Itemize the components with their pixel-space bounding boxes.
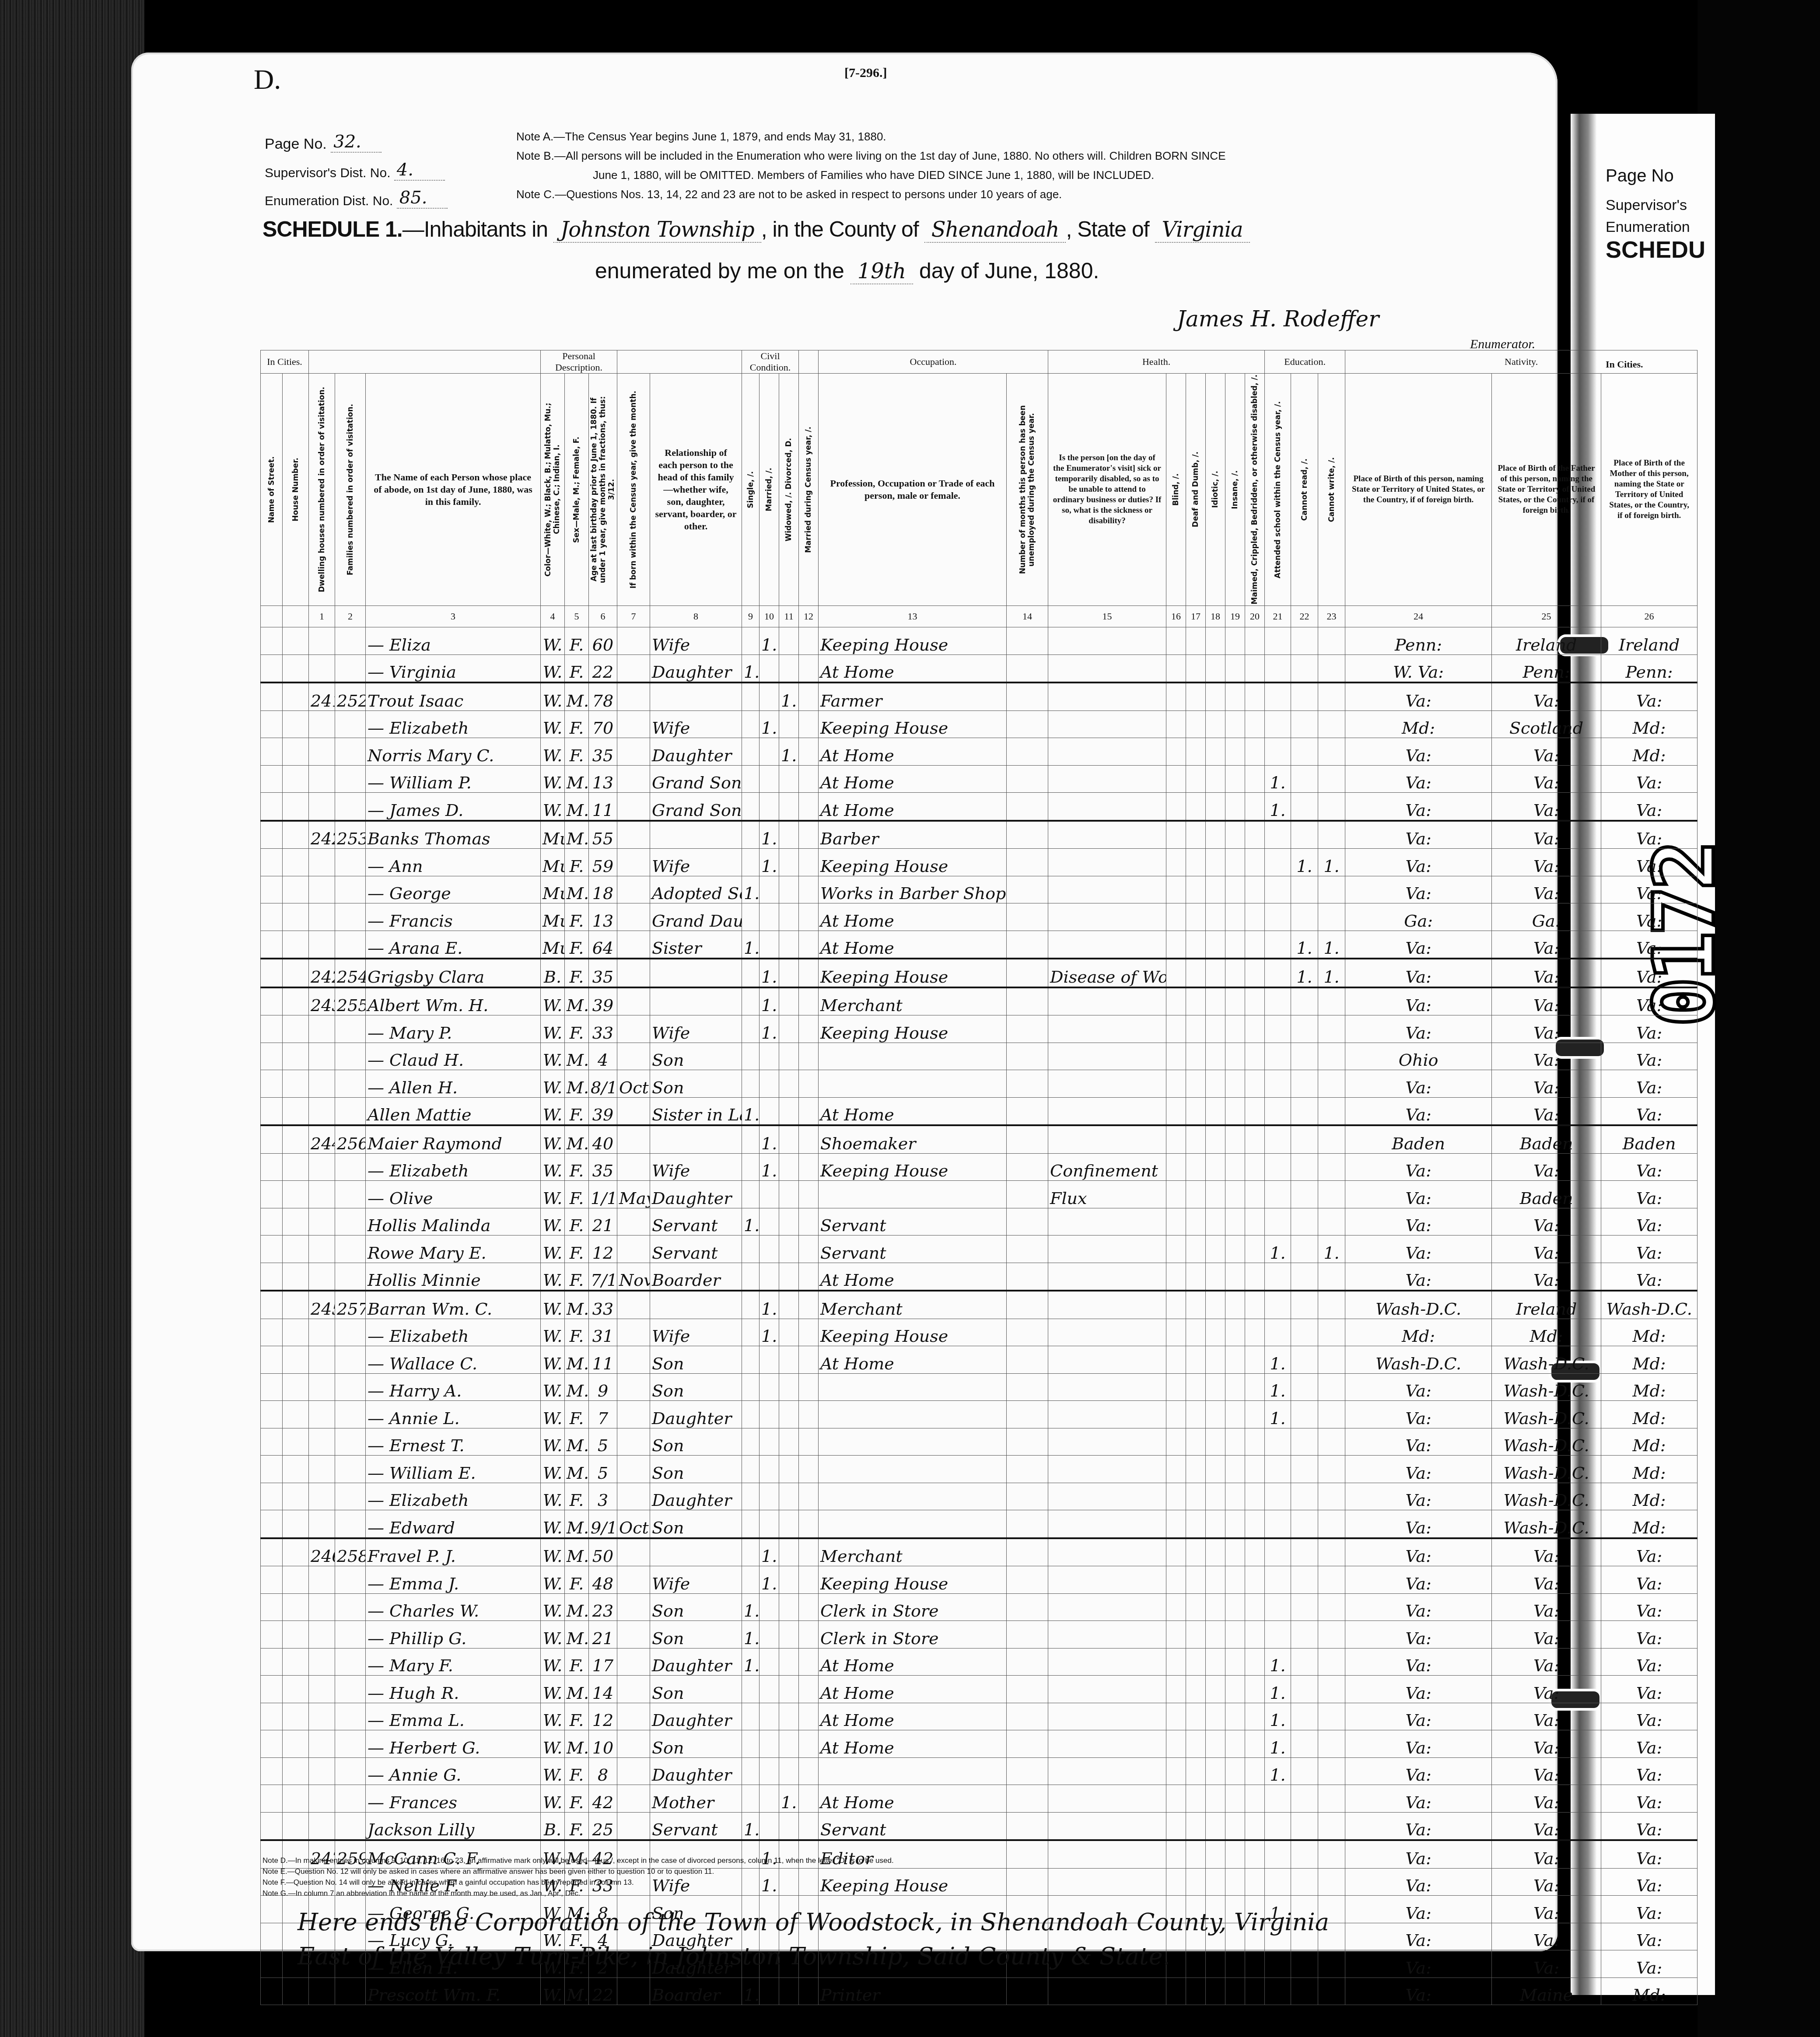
widowed-cell bbox=[779, 1181, 799, 1208]
age-cell: 22 bbox=[589, 1977, 617, 2005]
family-cell: 252 bbox=[335, 682, 366, 710]
birthplace-cell: Md: bbox=[1345, 710, 1492, 738]
blind-cell bbox=[1166, 1676, 1186, 1703]
color-cell: W. bbox=[541, 1291, 565, 1319]
sex-cell: M. bbox=[565, 682, 589, 710]
insane-cell bbox=[1225, 1648, 1245, 1676]
family-cell bbox=[335, 1235, 366, 1263]
idiotic-cell bbox=[1206, 1346, 1225, 1374]
unemployed-cell bbox=[1007, 1483, 1048, 1510]
blind-cell bbox=[1166, 1840, 1186, 1868]
blind-cell bbox=[1166, 1319, 1186, 1346]
widowed-cell bbox=[779, 1977, 799, 2005]
month-cell bbox=[617, 1812, 650, 1840]
column-header-row: Name of Street. House Number. Dwelling h… bbox=[261, 374, 1697, 606]
school-cell bbox=[1265, 1208, 1291, 1235]
occupation-cell bbox=[819, 1401, 1007, 1428]
house-cell bbox=[283, 627, 309, 655]
color-cell: W. bbox=[541, 1070, 565, 1098]
deaf-cell bbox=[1186, 1208, 1206, 1235]
birthplace-cell: Va: bbox=[1345, 765, 1492, 793]
month-cell bbox=[617, 1291, 650, 1319]
name-cell: — Edward bbox=[366, 1510, 541, 1538]
occupation-cell bbox=[819, 1757, 1007, 1785]
closing-line-2: East of the Valley Turn-Pike, in Johnsto… bbox=[297, 1939, 1329, 1974]
single-cell bbox=[742, 1043, 759, 1070]
table-row: — ElizabethW.F.31Wife1.Keeping HouseMd:M… bbox=[261, 1319, 1697, 1346]
relation-cell: Wife bbox=[650, 1015, 742, 1043]
cant-write-cell: 1. bbox=[1318, 849, 1345, 876]
widowed-cell: 1. bbox=[779, 738, 799, 766]
family-cell bbox=[335, 1648, 366, 1676]
col-maimed-header: Maimed, Crippled, Bedridden, or otherwis… bbox=[1245, 374, 1265, 606]
month-cell bbox=[617, 1730, 650, 1758]
unemployed-cell bbox=[1007, 1730, 1048, 1758]
married-cell bbox=[759, 682, 779, 710]
idiotic-cell bbox=[1206, 1757, 1225, 1785]
family-cell bbox=[335, 1566, 366, 1594]
table-row: — James D.W.M.11Grand SonAt Home1.Va:Va:… bbox=[261, 793, 1697, 821]
married-cell bbox=[759, 1703, 779, 1730]
father-birth-cell: Va: bbox=[1492, 959, 1601, 987]
mother-birth-cell: Va: bbox=[1601, 1097, 1697, 1125]
group-personal: Personal Description. bbox=[541, 350, 617, 374]
sickness-cell bbox=[1048, 1703, 1166, 1730]
insane-cell bbox=[1225, 987, 1245, 1015]
dwelling-cell bbox=[309, 1593, 335, 1621]
blind-cell bbox=[1166, 903, 1186, 931]
table-row: — ElizaW.F.60Wife1.Keeping HousePenn:Ire… bbox=[261, 627, 1697, 655]
age-cell: 50 bbox=[589, 1538, 617, 1566]
insane-cell bbox=[1225, 1483, 1245, 1510]
relation-cell: Servant bbox=[650, 1235, 742, 1263]
dwelling-cell bbox=[309, 765, 335, 793]
occupation-cell: Servant bbox=[819, 1208, 1007, 1235]
unemployed-cell bbox=[1007, 1703, 1048, 1730]
dwelling-cell bbox=[309, 1097, 335, 1125]
house-cell bbox=[283, 1097, 309, 1125]
blind-cell bbox=[1166, 710, 1186, 738]
unemployed-cell bbox=[1007, 1181, 1048, 1208]
school-cell bbox=[1265, 710, 1291, 738]
month-cell bbox=[617, 821, 650, 849]
month-cell bbox=[617, 1401, 650, 1428]
birthplace-cell: Va: bbox=[1345, 1977, 1492, 2005]
street-cell bbox=[261, 1566, 283, 1594]
father-birth-cell: Wash-D.C. bbox=[1492, 1346, 1601, 1374]
insane-cell bbox=[1225, 1593, 1245, 1621]
name-cell: — Elizabeth bbox=[366, 710, 541, 738]
insane-cell bbox=[1225, 1263, 1245, 1291]
color-cell: W. bbox=[541, 1319, 565, 1346]
cant-write-cell bbox=[1318, 1868, 1345, 1896]
birthplace-cell: Va: bbox=[1345, 1153, 1492, 1181]
sex-cell: M. bbox=[565, 765, 589, 793]
table-row: — ElizabethW.F.70Wife1.Keeping HouseMd:S… bbox=[261, 710, 1697, 738]
family-cell bbox=[335, 1153, 366, 1181]
idiotic-cell bbox=[1206, 1208, 1225, 1235]
widowed-cell bbox=[779, 654, 799, 682]
house-cell bbox=[283, 765, 309, 793]
table-row: — Harry A.W.M.9Son1.Va:Wash-D.C.Md: bbox=[261, 1373, 1697, 1401]
month-cell bbox=[617, 1757, 650, 1785]
blind-cell bbox=[1166, 1235, 1186, 1263]
cant-write-cell bbox=[1318, 682, 1345, 710]
father-birth-cell: Va: bbox=[1492, 1757, 1601, 1785]
sickness-cell bbox=[1048, 1428, 1166, 1456]
dwelling-cell bbox=[309, 1456, 335, 1483]
married-cell bbox=[759, 1812, 779, 1840]
month-cell bbox=[617, 1043, 650, 1070]
sex-cell: F. bbox=[565, 1812, 589, 1840]
house-cell bbox=[283, 1291, 309, 1319]
col-family-header: Families numbered in order of visitation… bbox=[335, 374, 366, 606]
maimed-cell bbox=[1245, 682, 1265, 710]
insane-cell bbox=[1225, 1456, 1245, 1483]
dwelling-cell bbox=[309, 1319, 335, 1346]
cant-read-cell bbox=[1291, 821, 1318, 849]
married-year-cell bbox=[799, 738, 819, 766]
birthplace-cell: Va: bbox=[1345, 1950, 1492, 1978]
father-birth-cell: Va: bbox=[1492, 1868, 1601, 1896]
widowed-cell bbox=[779, 1538, 799, 1566]
widowed-cell bbox=[779, 1593, 799, 1621]
relation-cell: Son bbox=[650, 1676, 742, 1703]
dwelling-cell bbox=[309, 1812, 335, 1840]
birthplace-cell: Va: bbox=[1345, 1621, 1492, 1648]
widowed-cell bbox=[779, 1043, 799, 1070]
table-row: Jackson LillyB.F.25Servant1.ServantVa:Va… bbox=[261, 1812, 1697, 1840]
name-cell: Hollis Minnie bbox=[366, 1263, 541, 1291]
occupation-cell bbox=[819, 1428, 1007, 1456]
sickness-cell bbox=[1048, 1510, 1166, 1538]
age-cell: 60 bbox=[589, 627, 617, 655]
widowed-cell bbox=[779, 1208, 799, 1235]
sickness-cell bbox=[1048, 1263, 1166, 1291]
age-cell: 78 bbox=[589, 682, 617, 710]
unemployed-cell bbox=[1007, 987, 1048, 1015]
cant-write-cell bbox=[1318, 1593, 1345, 1621]
month-cell bbox=[617, 1153, 650, 1181]
widowed-cell bbox=[779, 1346, 799, 1374]
deaf-cell bbox=[1186, 793, 1206, 821]
occupation-cell: Printer bbox=[819, 1977, 1007, 2005]
mother-birth-cell: Va: bbox=[1601, 903, 1697, 931]
cant-read-cell bbox=[1291, 765, 1318, 793]
house-cell bbox=[283, 1593, 309, 1621]
name-cell: — Annie L. bbox=[366, 1401, 541, 1428]
dwelling-cell bbox=[309, 1208, 335, 1235]
maimed-cell bbox=[1245, 959, 1265, 987]
maimed-cell bbox=[1245, 1015, 1265, 1043]
cant-read-cell bbox=[1291, 1428, 1318, 1456]
married-cell bbox=[759, 1676, 779, 1703]
table-row: 243255Albert Wm. H.W.M.391.MerchantVa:Va… bbox=[261, 987, 1697, 1015]
occupation-cell: Keeping House bbox=[819, 1566, 1007, 1594]
married-cell: 1. bbox=[759, 1319, 779, 1346]
dwelling-cell: 242 bbox=[309, 959, 335, 987]
age-cell: 21 bbox=[589, 1208, 617, 1235]
school-cell bbox=[1265, 1977, 1291, 2005]
house-cell bbox=[283, 1648, 309, 1676]
insane-cell bbox=[1225, 849, 1245, 876]
father-birth-cell: Va: bbox=[1492, 1235, 1601, 1263]
relation-cell: Grand Son bbox=[650, 765, 742, 793]
school-cell bbox=[1265, 1566, 1291, 1594]
widowed-cell bbox=[779, 793, 799, 821]
sickness-cell bbox=[1048, 1097, 1166, 1125]
deaf-cell bbox=[1186, 1730, 1206, 1758]
unemployed-cell bbox=[1007, 1291, 1048, 1319]
month-cell bbox=[617, 1676, 650, 1703]
insane-cell bbox=[1225, 765, 1245, 793]
insane-cell bbox=[1225, 1097, 1245, 1125]
single-cell: 1. bbox=[742, 1648, 759, 1676]
unemployed-cell bbox=[1007, 1648, 1048, 1676]
street-cell bbox=[261, 1757, 283, 1785]
sex-cell: M. bbox=[565, 1456, 589, 1483]
idiotic-cell bbox=[1206, 710, 1225, 738]
school-cell bbox=[1265, 627, 1291, 655]
father-birth-cell: Va: bbox=[1492, 1097, 1601, 1125]
school-cell: 1. bbox=[1265, 1676, 1291, 1703]
dwelling-cell bbox=[309, 1730, 335, 1758]
enumerator-signature: James H. Rodeffer bbox=[1177, 306, 1379, 332]
month-cell bbox=[617, 793, 650, 821]
relation-cell: Son bbox=[650, 1070, 742, 1098]
single-cell bbox=[742, 627, 759, 655]
month-cell bbox=[617, 1703, 650, 1730]
family-cell bbox=[335, 654, 366, 682]
name-cell: — Annie G. bbox=[366, 1757, 541, 1785]
table-row: — Hugh R.W.M.14SonAt Home1.Va:Va:Va: bbox=[261, 1676, 1697, 1703]
birthplace-cell: Va: bbox=[1345, 682, 1492, 710]
street-cell bbox=[261, 1235, 283, 1263]
widowed-cell: 1. bbox=[779, 682, 799, 710]
relation-cell: Daughter bbox=[650, 1648, 742, 1676]
cant-write-cell bbox=[1318, 1730, 1345, 1758]
mother-birth-cell: Md: bbox=[1601, 1373, 1697, 1401]
single-cell bbox=[742, 793, 759, 821]
relation-cell: Son bbox=[650, 1510, 742, 1538]
relation-cell: Son bbox=[650, 1593, 742, 1621]
maimed-cell bbox=[1245, 738, 1265, 766]
cant-read-cell bbox=[1291, 793, 1318, 821]
note-b-cont: June 1, 1880, will be OMITTED. Members o… bbox=[516, 165, 1225, 185]
col-cant-read-header: Cannot read, /. bbox=[1291, 374, 1318, 606]
dwelling-cell bbox=[309, 1566, 335, 1594]
street-cell bbox=[261, 1676, 283, 1703]
married-cell bbox=[759, 1510, 779, 1538]
cant-write-cell bbox=[1318, 1346, 1345, 1374]
family-cell bbox=[335, 1703, 366, 1730]
deaf-cell bbox=[1186, 1757, 1206, 1785]
school-cell bbox=[1265, 654, 1291, 682]
mother-birth-cell: Md: bbox=[1601, 1977, 1697, 2005]
state-value: Virginia bbox=[1155, 217, 1250, 243]
relation-cell bbox=[650, 987, 742, 1015]
house-cell bbox=[283, 1621, 309, 1648]
idiotic-cell bbox=[1206, 1648, 1225, 1676]
color-cell: W. bbox=[541, 1208, 565, 1235]
month-cell bbox=[617, 1566, 650, 1594]
street-cell bbox=[261, 1263, 283, 1291]
relation-cell: Grand Daughter bbox=[650, 903, 742, 931]
col-insane-header: Insane, /. bbox=[1225, 374, 1245, 606]
school-cell bbox=[1265, 1181, 1291, 1208]
sex-cell: F. bbox=[565, 1757, 589, 1785]
birthplace-cell: Va: bbox=[1345, 1730, 1492, 1758]
age-cell: 35 bbox=[589, 1153, 617, 1181]
birthplace-cell: Wash-D.C. bbox=[1345, 1346, 1492, 1374]
single-cell bbox=[742, 1263, 759, 1291]
name-cell: — William E. bbox=[366, 1456, 541, 1483]
sex-cell: M. bbox=[565, 1977, 589, 2005]
birthplace-cell: Ga: bbox=[1345, 903, 1492, 931]
idiotic-cell bbox=[1206, 1840, 1225, 1868]
name-cell: Albert Wm. H. bbox=[366, 987, 541, 1015]
birthplace-cell: Va: bbox=[1345, 1593, 1492, 1621]
mother-birth-cell: Va: bbox=[1601, 1840, 1697, 1868]
widowed-cell bbox=[779, 1401, 799, 1428]
cant-write-cell bbox=[1318, 1291, 1345, 1319]
column-number-row: 12 34 56 78 910 1112 1314 1516 1718 1920… bbox=[261, 606, 1697, 627]
sickness-cell bbox=[1048, 1785, 1166, 1813]
table-row: 242254Grigsby ClaraB.F.351.Keeping House… bbox=[261, 959, 1697, 987]
unemployed-cell bbox=[1007, 1319, 1048, 1346]
school-cell bbox=[1265, 1621, 1291, 1648]
idiotic-cell bbox=[1206, 1319, 1225, 1346]
cant-write-cell bbox=[1318, 1538, 1345, 1566]
deaf-cell bbox=[1186, 682, 1206, 710]
age-cell: 48 bbox=[589, 1566, 617, 1594]
idiotic-cell bbox=[1206, 627, 1225, 655]
married-year-cell bbox=[799, 1566, 819, 1594]
school-cell: 1. bbox=[1265, 1401, 1291, 1428]
maimed-cell bbox=[1245, 1977, 1265, 2005]
school-cell bbox=[1265, 1291, 1291, 1319]
widowed-cell bbox=[779, 1015, 799, 1043]
father-birth-cell: Va: bbox=[1492, 1785, 1601, 1813]
birthplace-cell: Va: bbox=[1345, 1235, 1492, 1263]
col-unemployed-header: Number of months this person has been un… bbox=[1007, 374, 1048, 606]
cant-write-cell bbox=[1318, 765, 1345, 793]
widowed-cell bbox=[779, 627, 799, 655]
dwelling-cell bbox=[309, 1181, 335, 1208]
deaf-cell bbox=[1186, 1097, 1206, 1125]
cant-read-cell bbox=[1291, 876, 1318, 903]
unemployed-cell bbox=[1007, 1125, 1048, 1153]
cant-write-cell: 1. bbox=[1318, 1235, 1345, 1263]
father-birth-cell: Va: bbox=[1492, 1015, 1601, 1043]
street-cell bbox=[261, 1181, 283, 1208]
married-year-cell bbox=[799, 627, 819, 655]
blind-cell bbox=[1166, 1868, 1186, 1896]
blind-cell bbox=[1166, 1428, 1186, 1456]
school-cell: 1. bbox=[1265, 1648, 1291, 1676]
idiotic-cell bbox=[1206, 1125, 1225, 1153]
street-cell bbox=[261, 1097, 283, 1125]
occupation-cell: At Home bbox=[819, 654, 1007, 682]
married-cell bbox=[759, 903, 779, 931]
school-cell bbox=[1265, 903, 1291, 931]
unemployed-cell bbox=[1007, 1593, 1048, 1621]
school-cell: 1. bbox=[1265, 1703, 1291, 1730]
married-year-cell bbox=[799, 682, 819, 710]
color-cell: Mu. bbox=[541, 931, 565, 959]
family-cell: 254 bbox=[335, 959, 366, 987]
street-cell bbox=[261, 1812, 283, 1840]
sex-cell: M. bbox=[565, 1510, 589, 1538]
deaf-cell bbox=[1186, 1153, 1206, 1181]
cant-write-cell bbox=[1318, 1785, 1345, 1813]
family-cell bbox=[335, 849, 366, 876]
sex-cell: F. bbox=[565, 1785, 589, 1813]
insane-cell bbox=[1225, 903, 1245, 931]
mother-birth-cell: Va: bbox=[1601, 1181, 1697, 1208]
cant-write-cell bbox=[1318, 1977, 1345, 2005]
age-cell: 35 bbox=[589, 959, 617, 987]
color-cell: W. bbox=[541, 1510, 565, 1538]
school-cell bbox=[1265, 1812, 1291, 1840]
insane-cell bbox=[1225, 1181, 1245, 1208]
deaf-cell bbox=[1186, 1812, 1206, 1840]
insane-cell bbox=[1225, 738, 1245, 766]
unemployed-cell bbox=[1007, 1235, 1048, 1263]
maimed-cell bbox=[1245, 1593, 1265, 1621]
dwelling-cell bbox=[309, 793, 335, 821]
family-cell: 255 bbox=[335, 987, 366, 1015]
deaf-cell bbox=[1186, 1538, 1206, 1566]
idiotic-cell bbox=[1206, 1868, 1225, 1896]
sex-cell: F. bbox=[565, 1208, 589, 1235]
occupation-cell: Shoemaker bbox=[819, 1125, 1007, 1153]
color-cell: W. bbox=[541, 1125, 565, 1153]
color-cell: W. bbox=[541, 1043, 565, 1070]
color-cell: W. bbox=[541, 1566, 565, 1594]
married-cell: 1. bbox=[759, 821, 779, 849]
insane-cell bbox=[1225, 1373, 1245, 1401]
idiotic-cell bbox=[1206, 849, 1225, 876]
dwelling-cell bbox=[309, 1015, 335, 1043]
cant-read-cell bbox=[1291, 1676, 1318, 1703]
married-year-cell bbox=[799, 849, 819, 876]
insane-cell bbox=[1225, 1510, 1245, 1538]
blind-cell bbox=[1166, 654, 1186, 682]
col-occupation-header: Profession, Occupation or Trade of each … bbox=[819, 374, 1007, 606]
unemployed-cell bbox=[1007, 1977, 1048, 2005]
unemployed-cell bbox=[1007, 931, 1048, 959]
street-cell bbox=[261, 1483, 283, 1510]
father-birth-cell: Va: bbox=[1492, 931, 1601, 959]
birthplace-cell: Va: bbox=[1345, 1483, 1492, 1510]
widowed-cell bbox=[779, 1676, 799, 1703]
house-cell bbox=[283, 1538, 309, 1566]
married-cell bbox=[759, 1757, 779, 1785]
mother-birth-cell: Va: bbox=[1601, 1923, 1697, 1950]
enumeration-row: Enumeration Dist. No. 85. bbox=[265, 181, 448, 209]
deaf-cell bbox=[1186, 1291, 1206, 1319]
sex-cell: F. bbox=[565, 654, 589, 682]
occupation-cell: At Home bbox=[819, 738, 1007, 766]
family-cell bbox=[335, 793, 366, 821]
father-birth-cell: Va: bbox=[1492, 876, 1601, 903]
married-year-cell bbox=[799, 1510, 819, 1538]
street-cell bbox=[261, 1319, 283, 1346]
widowed-cell bbox=[779, 1235, 799, 1263]
unemployed-cell bbox=[1007, 1153, 1048, 1181]
insane-cell bbox=[1225, 1676, 1245, 1703]
